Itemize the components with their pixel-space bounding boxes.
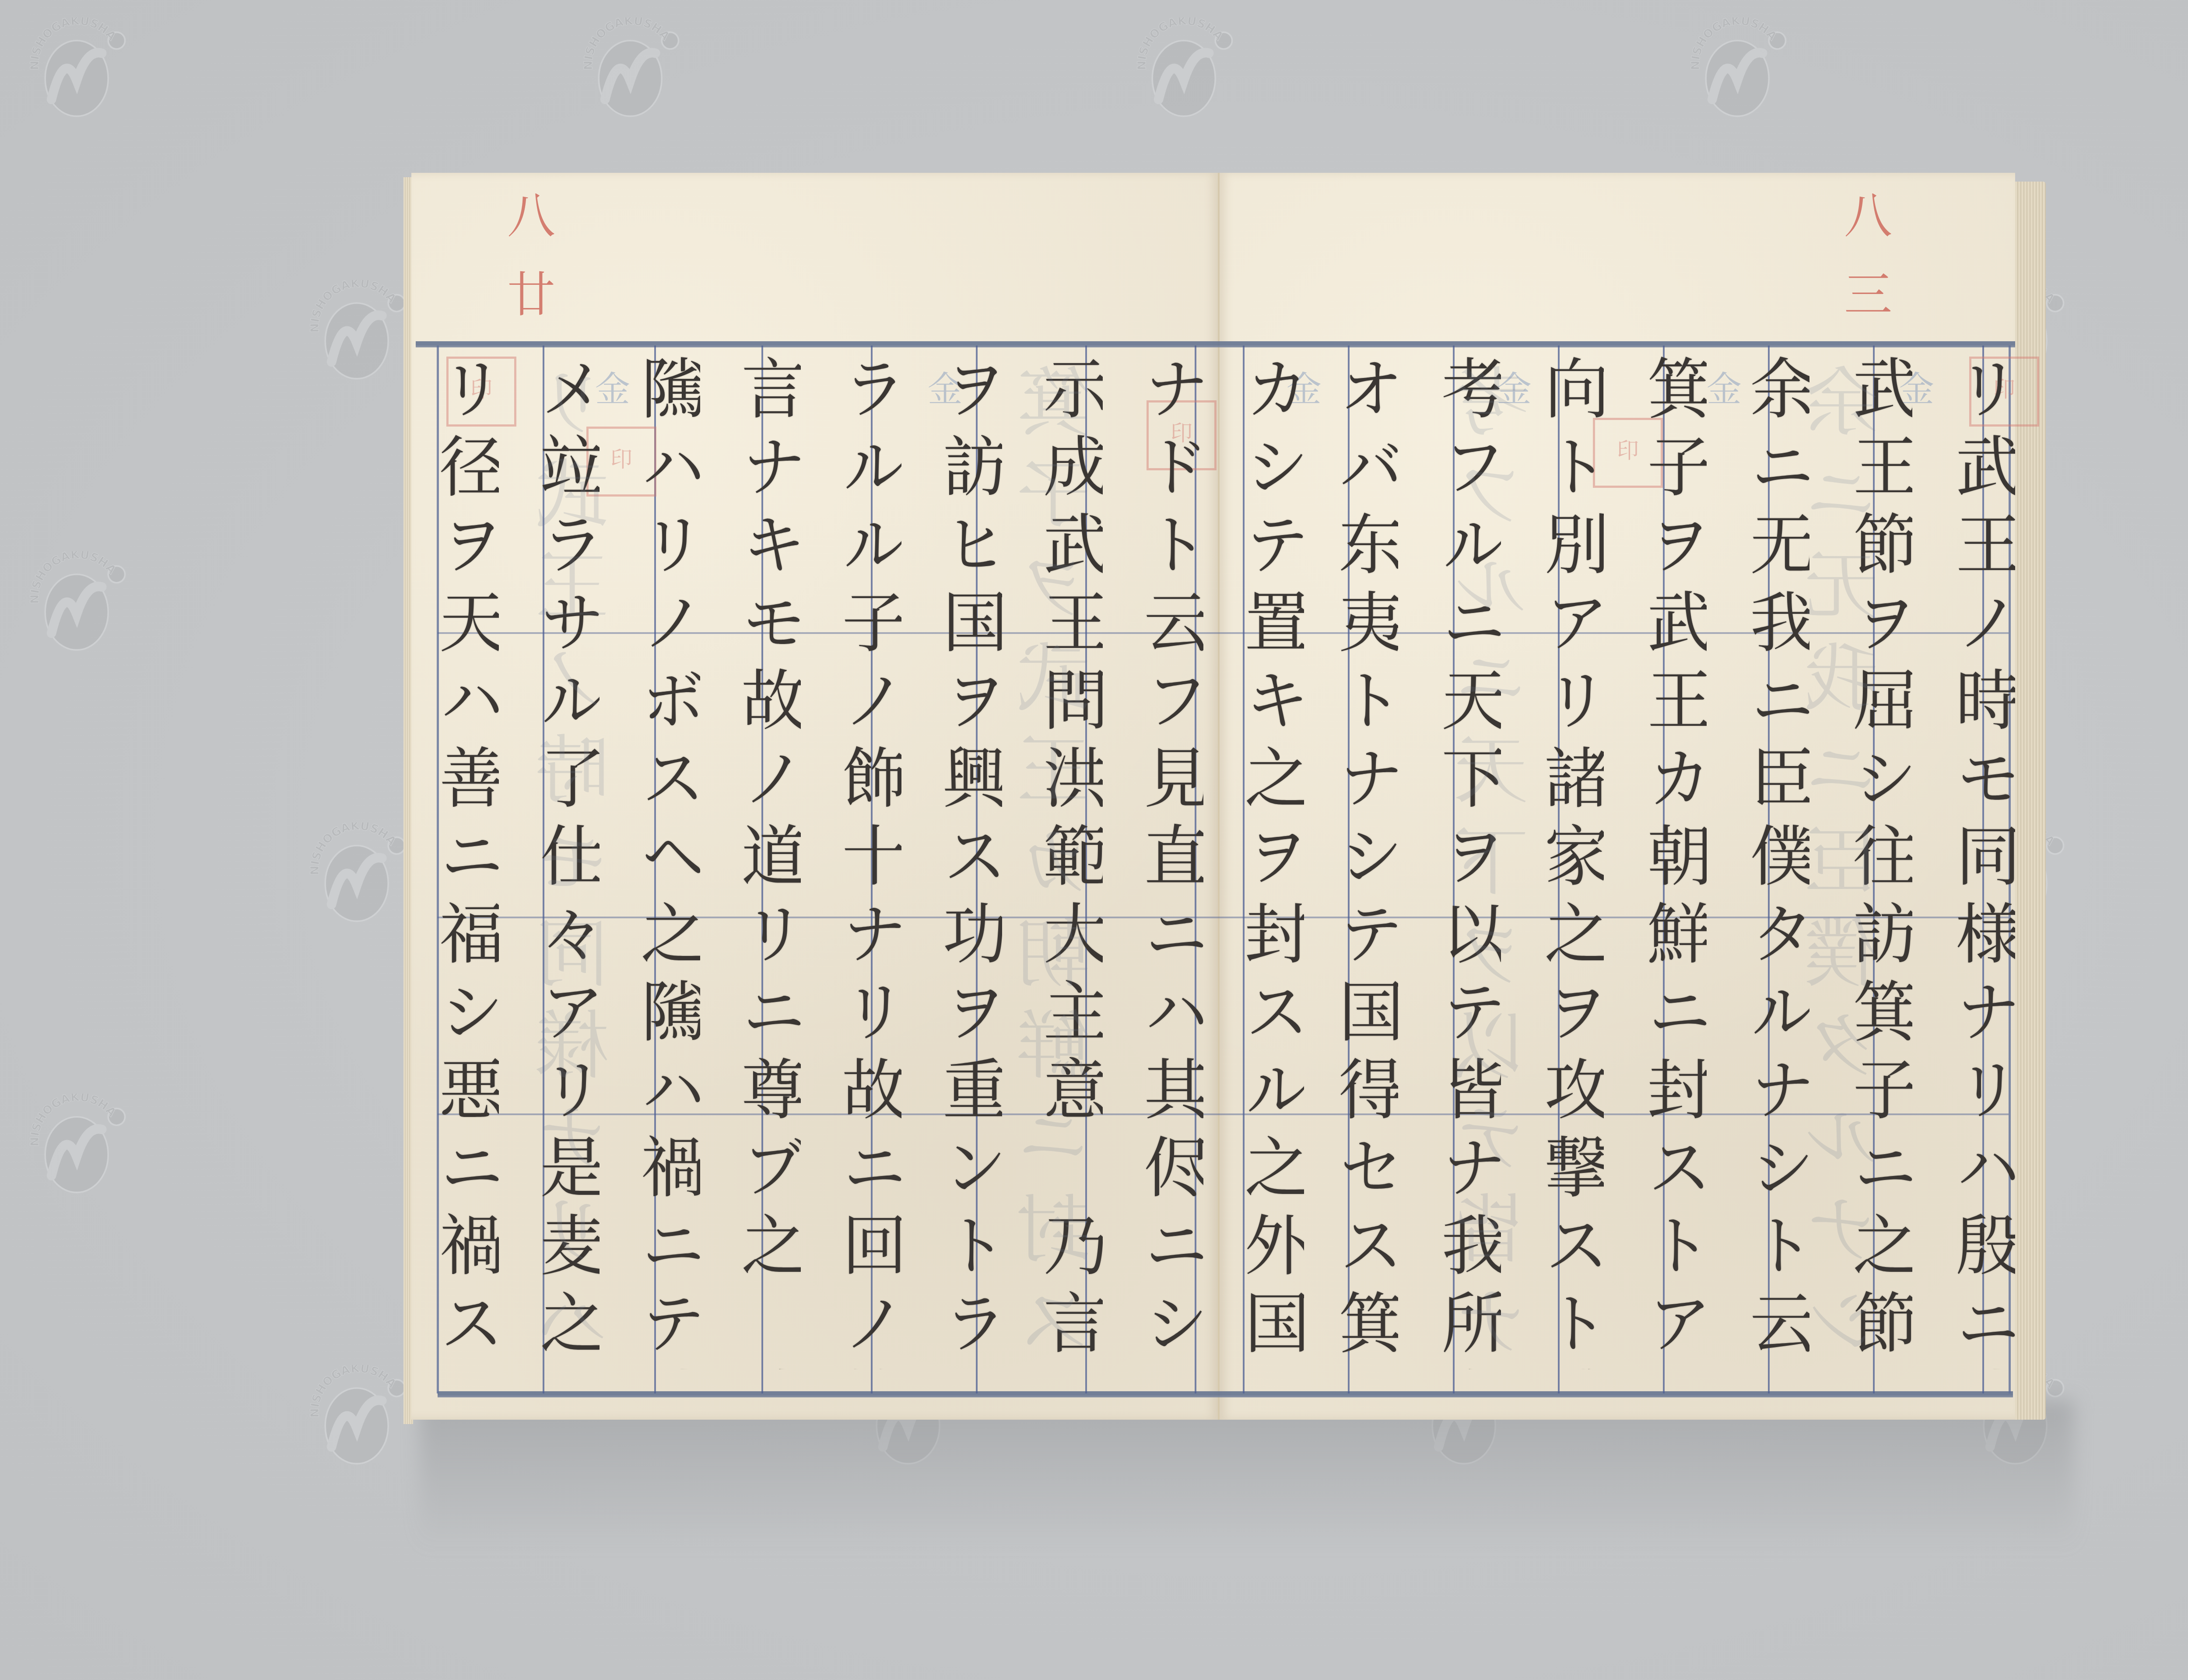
right-page-column: 箕子ヲ武王カ朝鮮ニ封ストアリ微子ニ余ノ: [1641, 354, 1707, 1369]
nishogakusha-logo-icon: NISHOGAKUSHA: [306, 280, 411, 385]
nishogakusha-logo-icon: NISHOGAKUSHA: [26, 17, 131, 122]
left-page-column: リ径ヲ天ハ善ニ福シ悪ニ禍ス是其常之而: [433, 354, 499, 1369]
ink-bleed-through: 箕子ヲ武王カ朝鮮ニ封ストアリ微子ニ余ノ: [1006, 363, 1114, 1369]
nishogakusha-logo-icon: NISHOGAKUSHA: [26, 551, 131, 656]
nishogakusha-logo-icon: NISHOGAKUSHA: [580, 17, 685, 122]
bottom-border-rule: [438, 1391, 2013, 1397]
left-page-column: ヲ訪ヒ国ヲ興ス功ヲ重ントラク之法ハ條十之難ニ封モ: [936, 354, 1002, 1369]
ink-bleed-through: 考フルニ天下ヲ以テ皆ナ我所有トナス朝鮮: [1444, 363, 1551, 1369]
right-page-number: 八三: [1840, 190, 1888, 348]
ink-bleed-through: リ武王ノ時モ同様ナリハ殷ニ法ニ之之: [525, 363, 632, 1369]
nishogakusha-logo-icon: NISHOGAKUSHA: [26, 1094, 131, 1199]
book-shadow: [420, 1400, 2074, 1549]
left-page-column: 言ナキモ故ノ道リニ尊ブ之 陰隲陰ハオトス之: [735, 354, 801, 1369]
ink-bleed-through: 余ニ无我ニ臣僕タルナシト云ヒル程ノ人之史記ニ: [1794, 363, 1901, 1369]
nishogakusha-logo-icon: NISHOGAKUSHA: [306, 1365, 411, 1470]
nishogakusha-logo-icon: NISHOGAKUSHA: [1133, 17, 1238, 122]
right-page-column: オバ东夷トナシテ国得セス箕子ノ直ルヲ見ノ: [1332, 354, 1398, 1369]
ghost-header-glyph: 金: [1707, 361, 1742, 411]
nishogakusha-logo-icon: NISHOGAKUSHA: [1687, 17, 1792, 122]
left-page-column: ナドト云フ見直ニハ其侭ニシ置リニテ封ト云フ之: [1138, 354, 1203, 1369]
left-page-column: 隲ハリノボスヘ之隲ハ禍ニテ隲ハ福之林ナ頴説ナ: [635, 354, 700, 1369]
nishogakusha-logo-icon: NISHOGAKUSHA: [306, 822, 411, 927]
book-spine: [1218, 173, 1220, 1420]
left-page-number: 八廿: [503, 190, 551, 348]
right-page-column: リ武王ノ時モ同様ナリハ殷ニ法ニ之之: [1950, 354, 2015, 1369]
right-page-column: カシテ置キ之ヲ封スル之外国ヨリ使者来シバ来貢: [1238, 354, 1304, 1369]
left-page-column: ラルル子ノ飾十ナリ故ニ回ノ符ヲ以テ尊敬之ヲ道ス: [836, 354, 901, 1369]
